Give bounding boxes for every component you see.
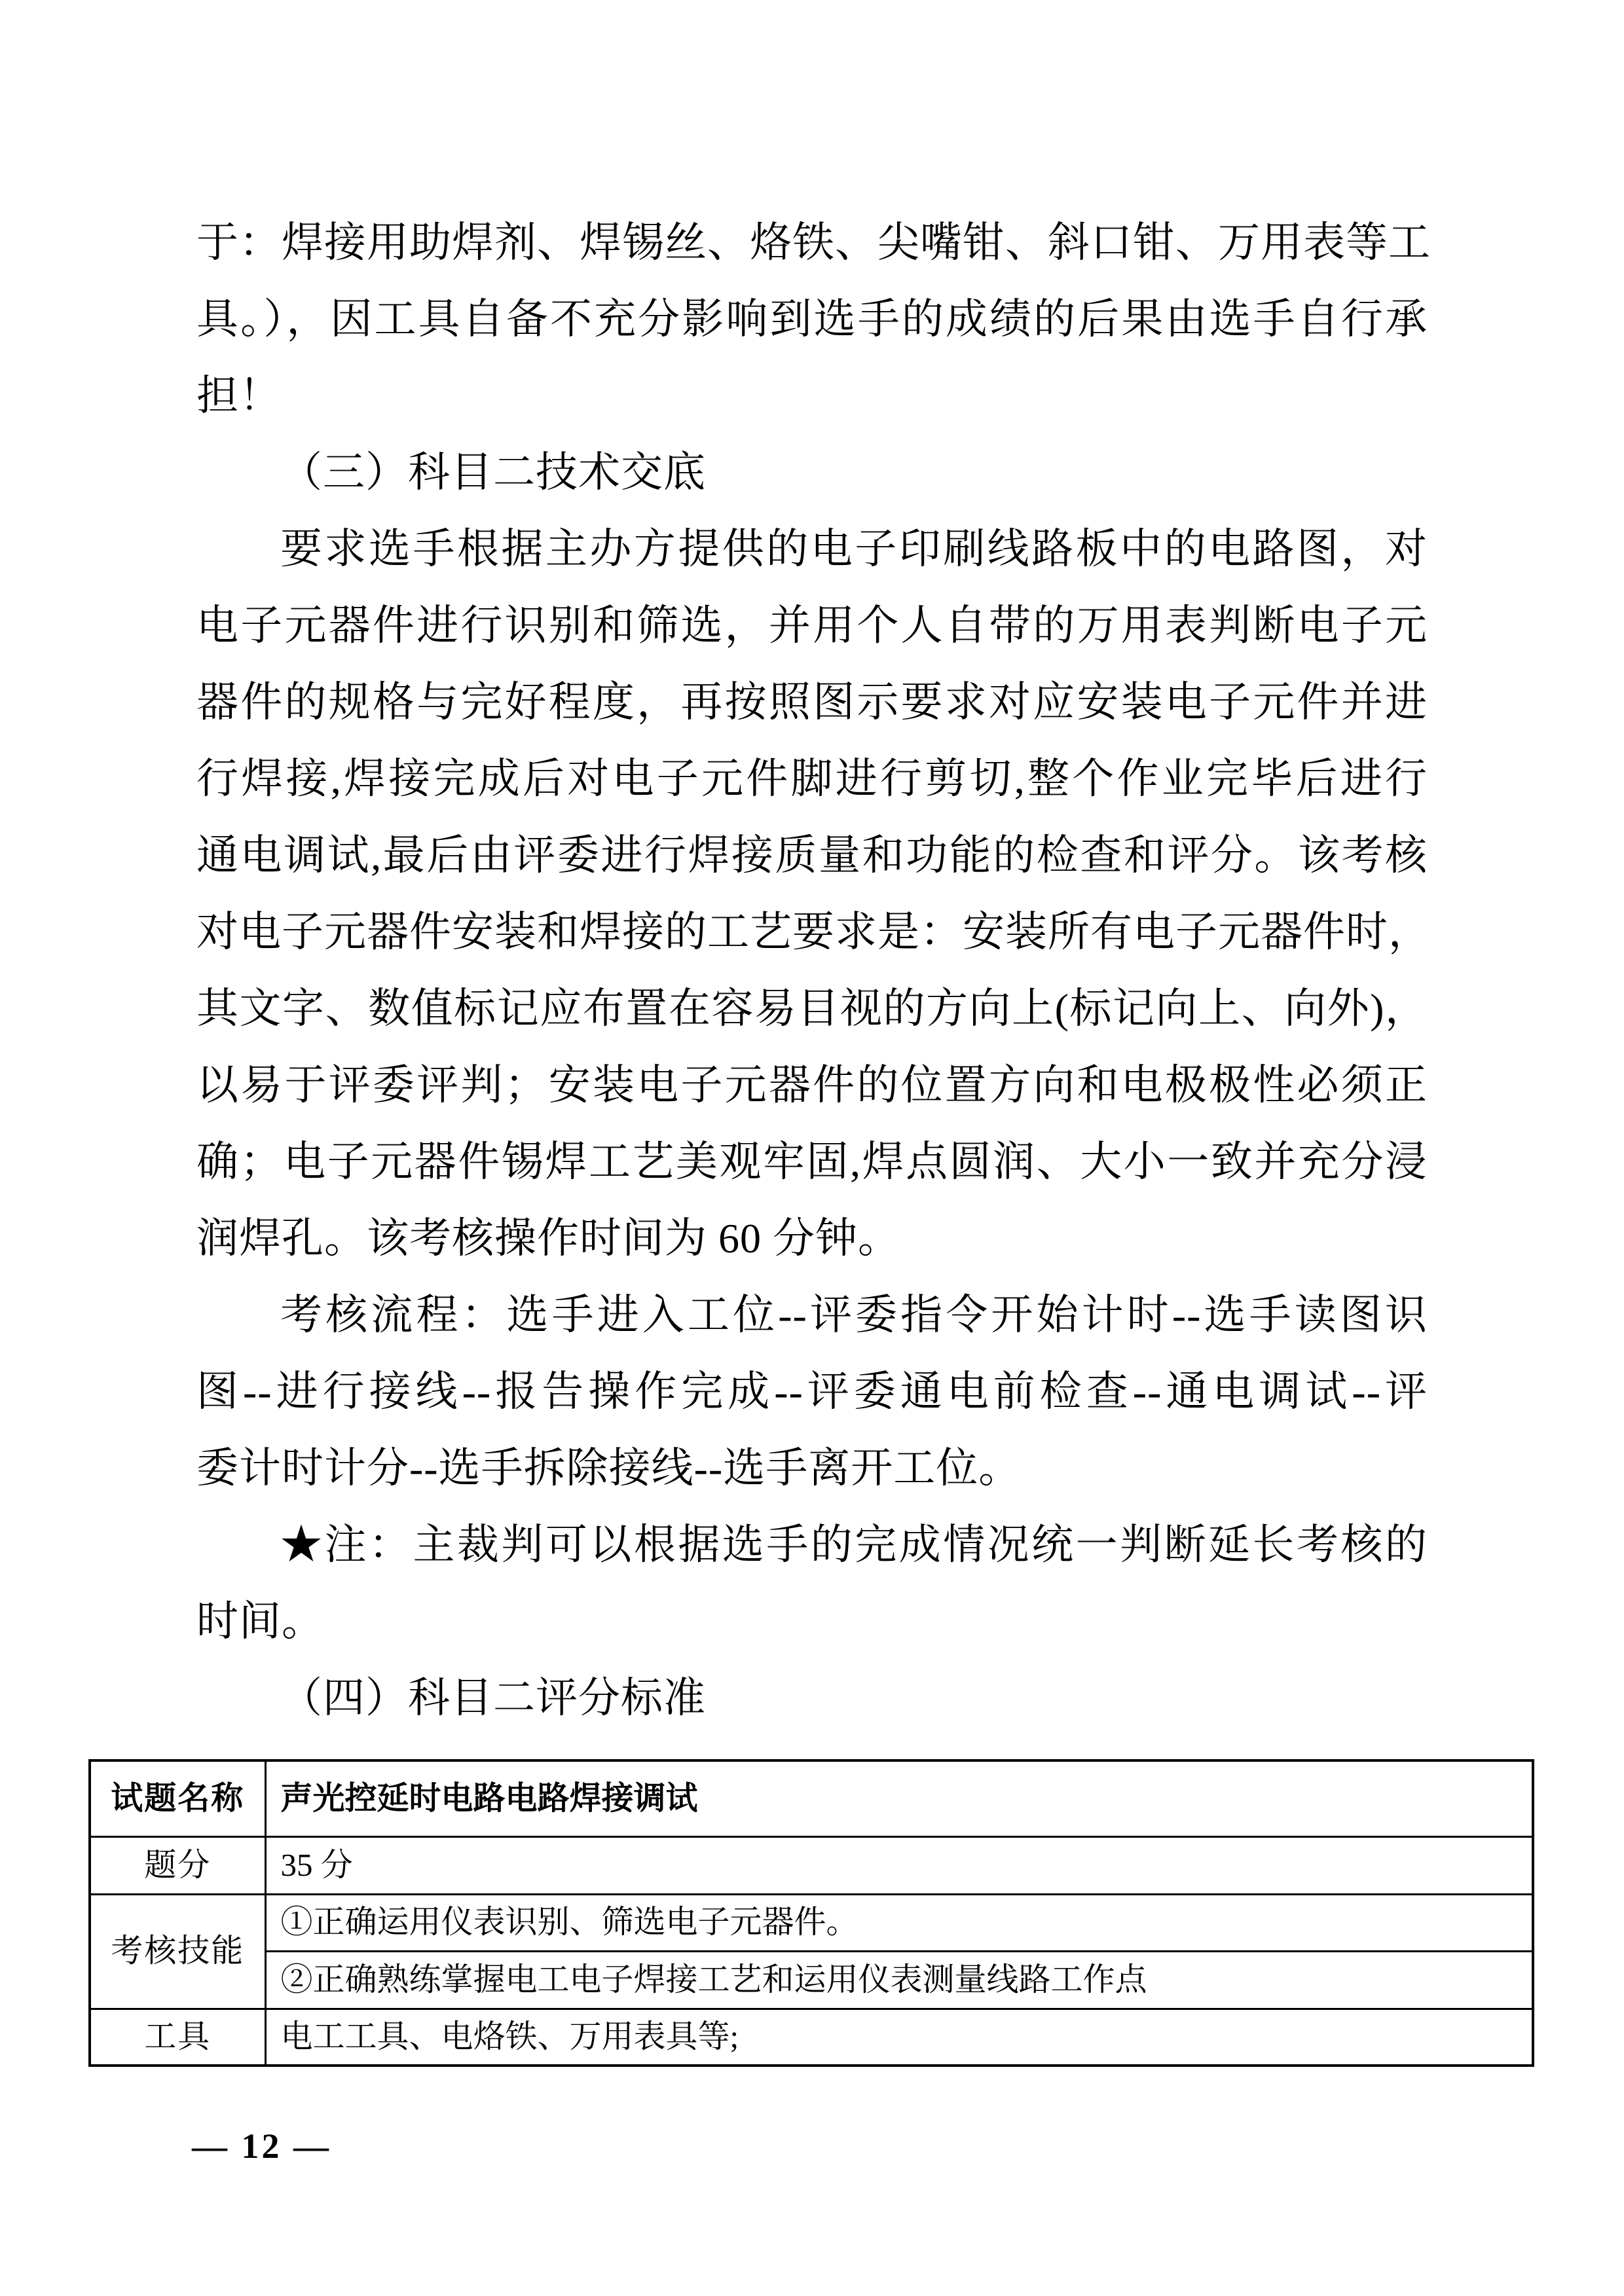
text-line: 于：焊接用助焊剂、焊锡丝、烙铁、尖嘴钳、斜口钳、万用表等工 — [196, 204, 1428, 281]
paragraph: 考核流程：选手进入工位--评委指令开始计时--选手读图识 图--进行接线--报告… — [196, 1277, 1428, 1506]
table-row: 工具 电工工具、电烙铁、万用表具等; — [90, 2009, 1533, 2066]
scoring-table: 试题名称 声光控延时电路电路焊接调试 题分 35 分 考核技能 ①正确运用仪表识… — [88, 1759, 1534, 2067]
section-heading: （三）科目二技术交底 — [196, 434, 1428, 511]
row-label-cell: 试题名称 — [90, 1760, 265, 1836]
text-line: 时间。 — [196, 1583, 1428, 1660]
paragraph: ★注：主裁判可以根据选手的完成情况统一判断延长考核的 时间。 — [196, 1506, 1428, 1660]
text-line: 委计时计分--选手拆除接线--选手离开工位。 — [196, 1430, 1428, 1506]
row-label-cell: 题分 — [90, 1836, 265, 1894]
row-label-cell: 考核技能 — [90, 1894, 265, 2009]
text-line: 图--进行接线--报告操作完成--评委通电前检查--通电调试--评 — [196, 1353, 1428, 1430]
row-value-cell: ②正确熟练掌握电工电子焊接工艺和运用仪表测量线路工作点 — [265, 1951, 1533, 2009]
text-line: 担！ — [196, 357, 1428, 434]
table-row: ②正确熟练掌握电工电子焊接工艺和运用仪表测量线路工作点 — [90, 1951, 1533, 2009]
text-line: 要求选手根据主办方提供的电子印刷线路板中的电路图，对 — [196, 511, 1428, 587]
row-label-cell: 工具 — [90, 2009, 265, 2066]
row-value-cell: ①正确运用仪表识别、筛选电子元器件。 — [265, 1894, 1533, 1951]
text-line: 润焊孔。该考核操作时间为 60 分钟。 — [196, 1200, 1428, 1277]
section-heading: （四）科目二评分标准 — [196, 1660, 1428, 1736]
text-line: 电子元器件进行识别和筛选，并用个人自带的万用表判断电子元 — [196, 587, 1428, 664]
text-line: 行焊接,焊接完成后对电子元件脚进行剪切,整个作业完毕后进行 — [196, 740, 1428, 817]
document-page: 于：焊接用助焊剂、焊锡丝、烙铁、尖嘴钳、斜口钳、万用表等工 具。），因工具自备不… — [0, 0, 1624, 2296]
text-line: 考核流程：选手进入工位--评委指令开始计时--选手读图识 — [196, 1277, 1428, 1353]
paragraph: （三）科目二技术交底 — [196, 434, 1428, 511]
body-text: 于：焊接用助焊剂、焊锡丝、烙铁、尖嘴钳、斜口钳、万用表等工 具。），因工具自备不… — [196, 204, 1428, 1736]
text-line: 通电调试,最后由评委进行焊接质量和功能的检查和评分。该考核 — [196, 817, 1428, 894]
row-value-cell: 35 分 — [265, 1836, 1533, 1894]
row-value-cell: 声光控延时电路电路焊接调试 — [265, 1760, 1533, 1836]
text-line: 其文字、数值标记应布置在容易目视的方向上(标记向上、向外)， — [196, 970, 1428, 1047]
text-line: 对电子元器件安装和焊接的工艺要求是：安装所有电子元器件时， — [196, 894, 1428, 970]
paragraph: （四）科目二评分标准 — [196, 1660, 1428, 1736]
row-value-cell: 电工工具、电烙铁、万用表具等; — [265, 2009, 1533, 2066]
paragraph: 于：焊接用助焊剂、焊锡丝、烙铁、尖嘴钳、斜口钳、万用表等工 具。），因工具自备不… — [196, 204, 1428, 434]
text-line: 具。），因工具自备不充分影响到选手的成绩的后果由选手自行承 — [196, 281, 1428, 357]
text-line: ★注：主裁判可以根据选手的完成情况统一判断延长考核的 — [196, 1506, 1428, 1583]
text-line: 确；电子元器件锡焊工艺美观牢固,焊点圆润、大小一致并充分浸 — [196, 1123, 1428, 1200]
text-line: 器件的规格与完好程度，再按照图示要求对应安装电子元件并进 — [196, 664, 1428, 740]
page-number: — 12 — — [192, 2126, 331, 2166]
table-row: 考核技能 ①正确运用仪表识别、筛选电子元器件。 — [90, 1894, 1533, 1951]
paragraph: 要求选手根据主办方提供的电子印刷线路板中的电路图，对 电子元器件进行识别和筛选，… — [196, 511, 1428, 1277]
text-line: 以易于评委评判；安装电子元器件的位置方向和电极极性必须正 — [196, 1047, 1428, 1123]
table-row: 试题名称 声光控延时电路电路焊接调试 — [90, 1760, 1533, 1836]
table-row: 题分 35 分 — [90, 1836, 1533, 1894]
